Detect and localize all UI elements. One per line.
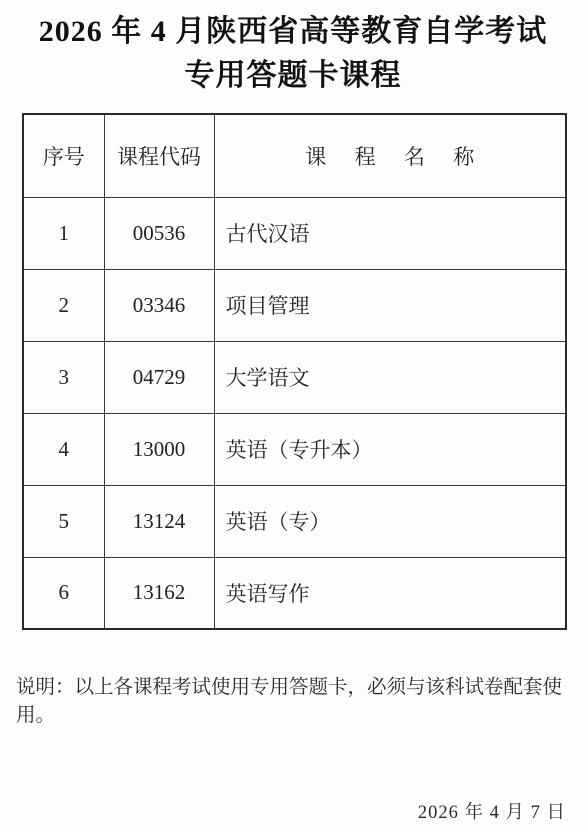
course-code-cell: 03346 [104, 269, 214, 341]
document-title: 2026 年 4 月陕西省高等教育自学考试 专用答题卡课程 [0, 0, 586, 98]
row-number-cell: 2 [23, 269, 104, 341]
date-text: 2026 年 4 月 7 日 [418, 798, 566, 824]
table-row: 613162英语写作 [23, 557, 566, 629]
table-row: 203346项目管理 [23, 269, 566, 341]
course-table: 序号 课程代码 课 程 名 称 100536古代汉语203346项目管理3047… [22, 113, 567, 630]
title-line-1: 2026 年 4 月陕西省高等教育自学考试 [0, 10, 586, 54]
course-code-cell: 00536 [104, 197, 214, 269]
course-name-cell: 英语（专升本） [214, 413, 566, 485]
note-text: 说明：以上各课程考试使用专用答题卡，必须与该科试卷配套使用。 [16, 674, 572, 730]
table-header-row: 序号 课程代码 课 程 名 称 [23, 114, 566, 197]
table-row: 100536古代汉语 [23, 197, 566, 269]
course-table-body: 100536古代汉语203346项目管理304729大学语文413000英语（专… [23, 197, 566, 629]
header-cell-course-code: 课程代码 [104, 114, 214, 197]
row-number-cell: 4 [23, 413, 104, 485]
document-page: 2026 年 4 月陕西省高等教育自学考试 专用答题卡课程 序号 课程代码 课 … [0, 0, 586, 828]
row-number-cell: 3 [23, 341, 104, 413]
row-number-cell: 1 [23, 197, 104, 269]
course-code-cell: 13162 [104, 557, 214, 629]
header-cell-number: 序号 [23, 114, 104, 197]
course-name-cell: 古代汉语 [214, 197, 566, 269]
course-name-cell: 英语（专） [214, 485, 566, 557]
course-code-cell: 04729 [104, 341, 214, 413]
course-name-cell: 英语写作 [214, 557, 566, 629]
header-cell-course-name: 课 程 名 称 [214, 114, 566, 197]
title-line-2: 专用答题卡课程 [0, 54, 586, 98]
table-row: 413000英语（专升本） [23, 413, 566, 485]
row-number-cell: 5 [23, 485, 104, 557]
table-row: 513124英语（专） [23, 485, 566, 557]
row-number-cell: 6 [23, 557, 104, 629]
table-row: 304729大学语文 [23, 341, 566, 413]
course-name-cell: 项目管理 [214, 269, 566, 341]
course-code-cell: 13000 [104, 413, 214, 485]
course-name-cell: 大学语文 [214, 341, 566, 413]
course-code-cell: 13124 [104, 485, 214, 557]
